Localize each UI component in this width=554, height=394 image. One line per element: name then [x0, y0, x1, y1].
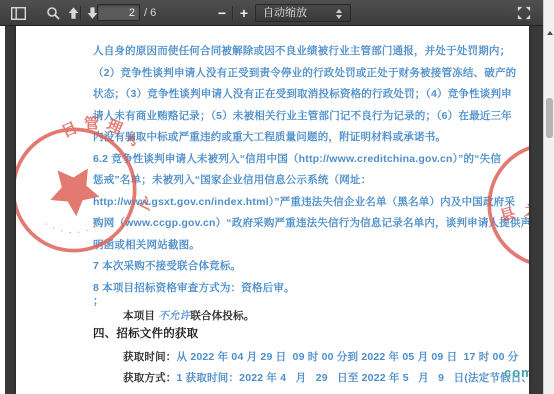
scrollbar-up-arrow-icon[interactable] [545, 28, 554, 37]
doc-text-line: 7 本次采购不接受联合体竞标。 [93, 259, 241, 273]
pdf-page: 人自身的原因而使任何合同被解除或因不良业绩被行业主管部门通报，并处于处罚期内；（… [16, 26, 529, 394]
toolbar-separator [80, 6, 81, 20]
select-updown-icon [335, 8, 343, 20]
zoom-level-select[interactable]: 自动缩放 [255, 4, 351, 22]
page-number-input[interactable] [97, 4, 140, 21]
page-scrollbar[interactable] [543, 0, 554, 394]
doc-text-segment: 7 本次采购不接受联合体竞标。 [93, 260, 241, 272]
doc-text-line: 四、招标文件的获取 [93, 327, 198, 341]
doc-text-segment: （2）竞争性谈判申请人没有正受到责令停业的行政处罚或正处于财务被接管冻结、破产的 [93, 67, 516, 79]
search-icon [46, 6, 60, 20]
doc-text-line: 明函或相关网站截图。 [93, 238, 200, 252]
doc-text-segment: 从 2022 年 04 月 29 日 09 时 00 分到 2022 年 05 … [177, 351, 519, 363]
doc-text-line: 购网（www.ccgp.gov.cn）“政府采购严重违法失信行为信息记录名单内，… [93, 216, 529, 230]
doc-text-segment: 本项目 [123, 310, 158, 322]
doc-text-line: 6.2 竞争性谈判申请人未被列入“信用中国（http://www.creditc… [93, 152, 501, 166]
presentation-mode-button[interactable] [514, 3, 534, 23]
doc-text-segment: 联合体投标。 [190, 310, 254, 322]
svg-text:目管理有限公司: 目管理有限公司 [58, 107, 157, 233]
minus-icon: − [218, 6, 226, 20]
doc-text-line: （2）竞争性谈判申请人没有正受到责令停业的行政处罚或正处于财务被接管冻结、破产的 [93, 66, 516, 80]
arrow-up-icon [67, 6, 80, 20]
doc-text-line: 8 本项目招标资格审查方式为：资格后审。 [93, 281, 295, 295]
doc-text-segment: 8 本项目招标资格审查方式为：资格后审。 [93, 282, 295, 294]
doc-text-line: 获取时间：从 2022 年 04 月 29 日 09 时 00 分到 2022 … [123, 350, 518, 364]
fullscreen-icon [517, 6, 531, 20]
doc-text-segment: 请人未有商业贿赂记录；（5）未被相关行业主管部门记不良行为记录的；（6）在最近三… [93, 110, 512, 122]
doc-text-segment: 状态；（3）竞争性谈判申请人没有正在受到取消投标资格的行政处罚；（4）竞争性谈判… [93, 88, 512, 100]
doc-text-segment: 惩戒”名单；未被列入“国家企业信用信息公示系统（网址： [93, 174, 371, 186]
page-count-label: / 6 [144, 7, 156, 19]
doc-text-line: 状态；（3）竞争性谈判申请人没有正在受到取消投标资格的行政处罚；（4）竞争性谈判… [93, 87, 512, 101]
doc-text-segment: 明函或相关网站截图。 [93, 239, 200, 251]
doc-text-line: 人自身的原因而使任何合同被解除或因不良业绩被行业主管部门通报，并处于处罚期内； [93, 44, 510, 58]
plus-icon: + [240, 6, 248, 20]
doc-text-segment: 获取时间： [123, 351, 177, 363]
doc-text-segment: 四、招标文件的获取 [93, 328, 198, 340]
doc-text-segment: ； [93, 295, 104, 307]
doc-text-line: ； [93, 294, 104, 308]
zoom-level-value: 自动缩放 [263, 7, 307, 19]
pdf-viewer-area: 人自身的原因而使任何合同被解除或因不良业绩被行业主管部门通报，并处于处罚期内；（… [0, 26, 543, 394]
scrollbar-thumb[interactable] [546, 98, 553, 138]
pdf-toolbar: / 6 − + 自动缩放 [0, 0, 543, 26]
doc-text-line: http://www.gsxt.gov.cn/index.html）”严重违法失… [93, 195, 515, 209]
sidebar-toggle-icon [11, 7, 26, 20]
doc-text-line: 内没有骗取中标或严重违约或重大工程质量问题的，附证明材料或承诺书。 [93, 130, 446, 144]
zoom-out-button[interactable]: − [212, 3, 232, 23]
doc-text-segment: 6.2 竞争性谈判申请人未被列入“信用中国（http://www.creditc… [93, 153, 501, 165]
left-gutter [0, 26, 5, 394]
doc-text-line: 请人未有商业贿赂记录；（5）未被相关行业主管部门记不良行为记录的；（6）在最近三… [93, 109, 512, 123]
doc-text-segment: 内没有骗取中标或严重违约或重大工程质量问题的，附证明材料或承诺书。 [93, 131, 446, 143]
search-button[interactable] [43, 3, 63, 23]
doc-text-segment: 人自身的原因而使任何合同被解除或因不良业绩被行业主管部门通报，并处于处罚期内； [93, 45, 510, 57]
doc-text-segment: 1 获取时间：2022 年 4 月 29 日至 2022 年 5 月 9 日(法… [177, 372, 530, 384]
doc-text-segment: 不允许 [158, 310, 190, 322]
doc-text-line: 本项目 不允许联合体投标。 [123, 309, 255, 323]
doc-text-segment: 购网（www.ccgp.gov.cn）“政府采购严重违法失信行为信息记录名单内，… [93, 217, 529, 229]
doc-text-line: 惩戒”名单；未被列入“国家企业信用信息公示系统（网址： [93, 173, 371, 187]
toolbar-separator [232, 6, 233, 20]
doc-text-line: 获取方式：1 获取时间：2022 年 4 月 29 日至 2022 年 5 月 … [123, 371, 529, 385]
doc-text-segment: http://www.gsxt.gov.cn/index.html）”严重违法失… [93, 196, 515, 208]
zoom-in-button[interactable]: + [234, 3, 254, 23]
site-watermark: com [504, 365, 529, 380]
sidebar-toggle-button[interactable] [8, 3, 28, 23]
doc-text-segment: 获取方式： [123, 372, 177, 384]
